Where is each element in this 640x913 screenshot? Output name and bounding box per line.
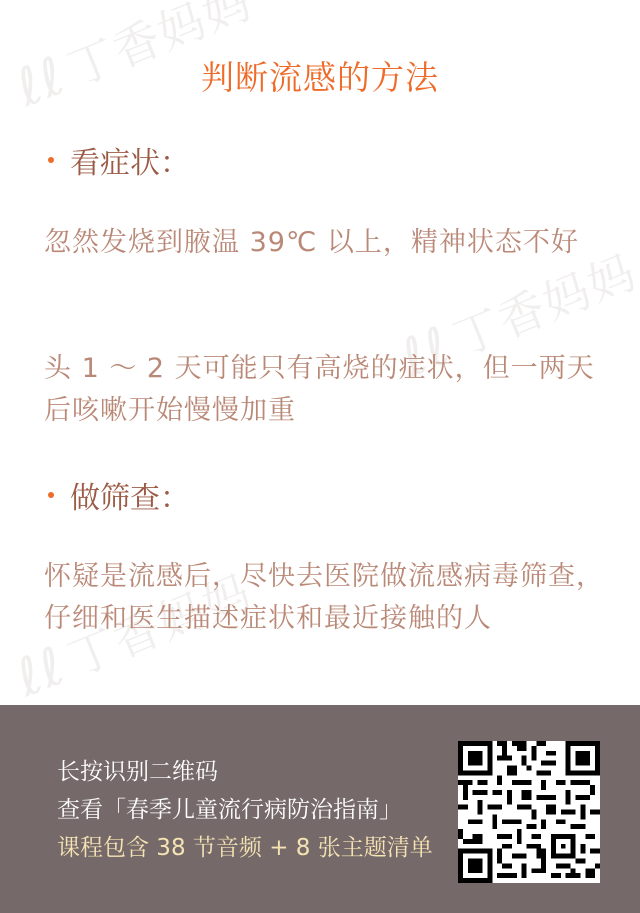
- symptom-paragraph-fever: 忽然发烧到腋温 39℃ 以上，精神状态不好: [44, 222, 614, 264]
- symptom-paragraph-cough: 头 1 ～ 2 天可能只有高烧的症状，但一两天后咳嗽开始慢慢加重: [44, 348, 614, 432]
- qr-code[interactable]: [458, 741, 600, 883]
- bullet-icon: [48, 492, 54, 498]
- page-title: 判断流感的方法: [0, 52, 640, 99]
- screening-paragraph: 怀疑是流感后，尽快去医院做流感病毒筛查，仔细和医生描述症状和最近接触的人: [44, 556, 614, 640]
- qr-code-icon: [458, 741, 600, 883]
- promo-text: 长按识别二维码 查看「春季儿童流行病防治指南」 课程包含 38 节音频 + 8 …: [57, 753, 433, 867]
- bullet-icon: [48, 157, 54, 163]
- watermark-logo-icon: ℓℓ: [9, 636, 75, 709]
- promo-footer: 长按识别二维码 查看「春季儿童流行病防治指南」 课程包含 38 节音频 + 8 …: [0, 705, 640, 913]
- promo-line-scan: 长按识别二维码: [57, 753, 433, 791]
- promo-line-guide: 查看「春季儿童流行病防治指南」: [57, 791, 433, 829]
- section-heading-screening: 做筛查：: [44, 473, 190, 517]
- promo-line-course: 课程包含 38 节音频 + 8 张主题清单: [57, 829, 433, 867]
- section-heading-symptoms: 看症状：: [44, 138, 190, 182]
